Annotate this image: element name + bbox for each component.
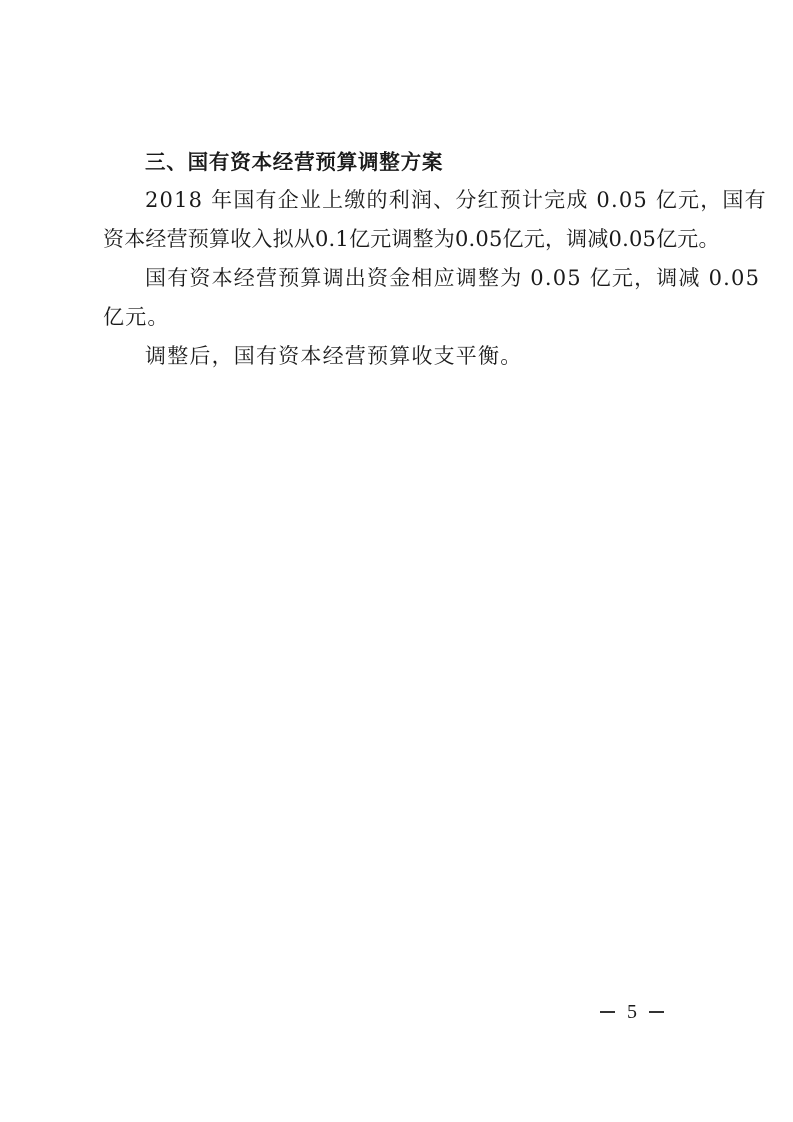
paragraph-2-line-1: 国有资本经营预算调出资金相应调整为 0.05 亿元，调减 0.05 [145, 264, 760, 292]
paragraph-1-line-1: 2018 年国有企业上缴的利润、分红预计完成 0.05 亿元，国有 [145, 186, 767, 214]
paragraph-2-line-2: 亿元。 [103, 303, 170, 331]
dash-left [600, 1011, 615, 1013]
paragraph-1-line-2: 资本经营预算收入拟从0.1亿元调整为0.05亿元，调减0.05亿元。 [103, 225, 720, 253]
page-footer: 5 [600, 1000, 664, 1024]
section-heading: 三、国有资本经营预算调整方案 [145, 148, 443, 176]
page-number: 5 [627, 1000, 637, 1024]
document-page: 三、国有资本经营预算调整方案 2018 年国有企业上缴的利润、分红预计完成 0.… [0, 0, 793, 1122]
paragraph-3-line-1: 调整后，国有资本经营预算收支平衡。 [145, 342, 522, 370]
dash-right [649, 1011, 664, 1013]
